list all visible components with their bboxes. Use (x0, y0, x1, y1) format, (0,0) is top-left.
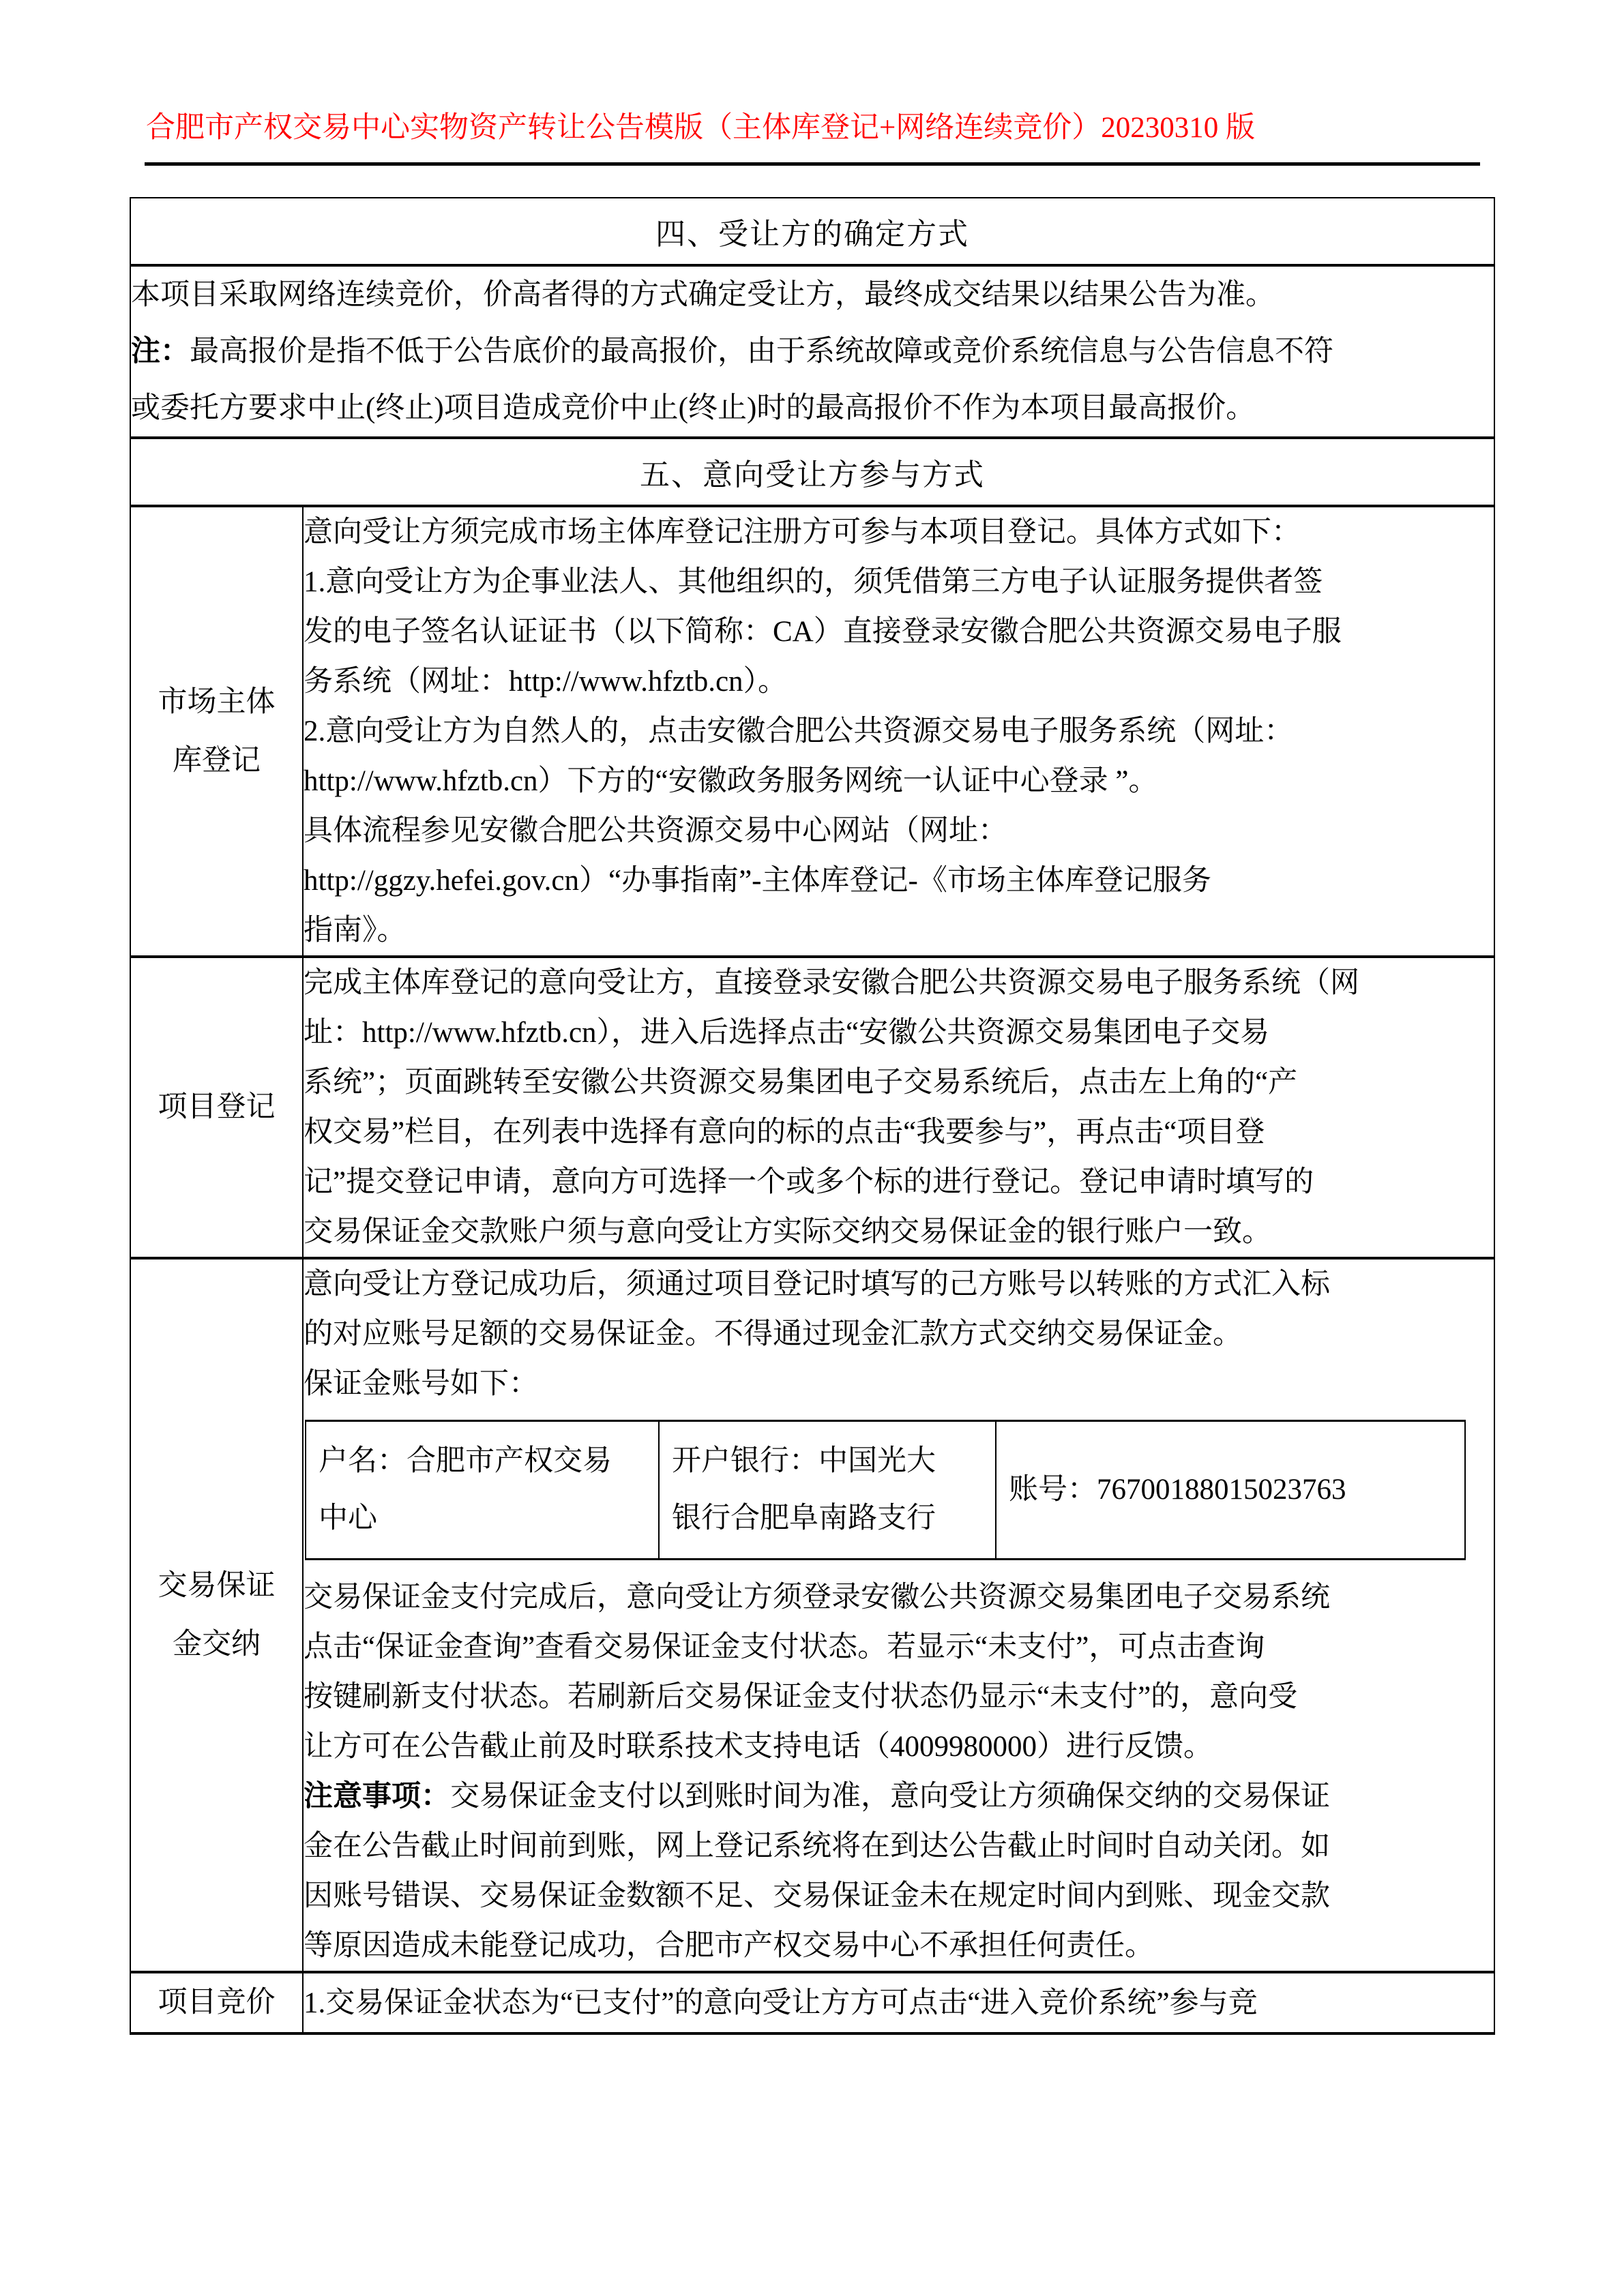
section4-note-line2: 或委托方要求中止(终止)项目造成竞价中止(终止)时的最高报价不作为本项目最高报价… (131, 380, 1494, 436)
text-line: 记”提交登记申请，意向方可选择一个或多个标的进行登记。登记申请时填写的 (304, 1157, 1494, 1207)
document-header-title: 合肥市产权交易中心实物资产转让公告模版（主体库登记+网络连续竞价）2023031… (146, 108, 1255, 149)
bank-name-cell: 开户银行：中国光大银行合肥阜南路支行 (659, 1421, 996, 1560)
table-row-section4-body: 本项目采取网络连续竞价，价高者得的方式确定受让方，最终成交结果以结果公告为准。 … (130, 265, 1494, 438)
text-line: 点击“保证金查询”查看交易保证金支付状态。若显示“未支付”，可点击查询 (304, 1622, 1494, 1672)
table-row-project-registration: 项目登记 完成主体库登记的意向受让方，直接登录安徽合肥公共资源交易电子服务系统（… (130, 957, 1494, 1258)
deposit-para2: 交易保证金支付完成后，意向受让方须登录安徽公共资源交易集团电子交易系统点击“保证… (304, 1572, 1494, 1772)
text-line: 的对应账号足额的交易保证金。不得通过现金汇款方式交纳交易保证金。 (304, 1309, 1494, 1359)
note-label: 注： (131, 336, 190, 368)
section4-line1: 本项目采取网络连续竞价，价高者得的方式确定受让方，最终成交结果以结果公告为准。 (131, 267, 1494, 323)
text-line: 中心 (319, 1490, 649, 1547)
table-row-market-registration: 市场主体库登记 意向受让方须完成市场主体库登记注册方可参与本项目登记。具体方式如… (130, 506, 1494, 957)
bank-table-row: 户名：合肥市产权交易中心 开户银行：中国光大银行合肥阜南路支行 账号：76700… (306, 1421, 1465, 1560)
table-row-section4-heading: 四、受让方的确定方式 (130, 198, 1494, 265)
project-registration-label: 项目登记 (130, 957, 303, 1258)
section5-heading: 五、意向受让方参与方式 (130, 438, 1494, 506)
text-line: 址：http://www.hfztb.cn），进入后选择点击“安徽公共资源交易集… (304, 1008, 1494, 1058)
text-line: 交易保证金交款账户须与意向受让方实际交纳交易保证金的银行账户一致。 (304, 1207, 1494, 1257)
text-line: 金交纳 (131, 1615, 302, 1674)
text-line: 发的电子签名认证证书（以下简称：CA）直接登录安徽合肥公共资源交易电子服 (304, 607, 1494, 657)
section4-heading: 四、受让方的确定方式 (130, 198, 1494, 265)
announcement-table: 四、受让方的确定方式 本项目采取网络连续竞价，价高者得的方式确定受让方，最终成交… (130, 197, 1495, 2035)
text-line: http://www.hfztb.cn）下方的“安徽政务服务网统一认证中心登录 … (304, 756, 1494, 806)
project-bidding-content: 1.交易保证金状态为“已支付”的意向受让方方可点击“进入竞价系统”参与竞 (303, 1972, 1494, 2033)
text-line: http://ggzy.hefei.gov.cn）“办事指南”-主体库登记-《市… (304, 856, 1494, 906)
market-registration-label: 市场主体库登记 (130, 506, 303, 957)
text-line: 等原因造成未能登记成功，合肥市产权交易中心不承担任何责任。 (304, 1921, 1494, 1971)
table-row-deposit: 交易保证金交纳 意向受让方登记成功后，须通过项目登记时填写的己方账号以转账的方式… (130, 1258, 1494, 1972)
text-line: 完成主体库登记的意向受让方，直接登录安徽合肥公共资源交易电子服务系统（网 (304, 958, 1494, 1008)
bank-account-number: 账号：76700188015023763 (1009, 1461, 1455, 1519)
text-line: 保证金账号如下： (304, 1359, 1494, 1409)
text-line: 指南》。 (304, 906, 1494, 955)
text-line: 2.意向受让方为自然人的，点击安徽合肥公共资源交易电子服务系统（网址： (304, 706, 1494, 756)
text-line: 项目竞价 (131, 1973, 302, 2032)
text-line: 意向受让方登记成功后，须通过项目登记时填写的己方账号以转账的方式汇入标 (304, 1259, 1494, 1309)
text-line: 按键刷新支付状态。若刷新后交易保证金支付状态仍显示“未支付”的，意向受 (304, 1672, 1494, 1722)
text-line: 市场主体 (131, 673, 302, 732)
text-line: 交易保证金支付完成后，意向受让方须登录安徽公共资源交易集团电子交易系统 (304, 1572, 1494, 1622)
text-line: 1.交易保证金状态为“已支付”的意向受让方方可点击“进入竞价系统”参与竞 (304, 1978, 1494, 2028)
text-line: 意向受让方须完成市场主体库登记注册方可参与本项目登记。具体方式如下： (304, 507, 1494, 557)
market-registration-content: 意向受让方须完成市场主体库登记注册方可参与本项目登记。具体方式如下：1.意向受让… (303, 506, 1494, 957)
text-line: 开户银行：中国光大 (672, 1433, 986, 1490)
project-bidding-label: 项目竞价 (130, 1972, 303, 2033)
text-line: 户名：合肥市产权交易 (319, 1433, 649, 1490)
text-line: 库登记 (131, 732, 302, 790)
text-line: 金在公告截止时间前到账，网上登记系统将在到达公告截止时间时自动关闭。如 (304, 1821, 1494, 1871)
text-line: 系统”；页面跳转至安徽公共资源交易集团电子交易系统后，点击左上角的“产 (304, 1058, 1494, 1107)
note-text: 最高报价是指不低于公告底价的最高报价，由于系统故障或竞价系统信息与公告信息不符 (190, 336, 1333, 368)
text-line: 交易保证 (131, 1557, 302, 1615)
bank-account-name-cell: 户名：合肥市产权交易中心 (306, 1421, 659, 1560)
deposit-content: 意向受让方登记成功后，须通过项目登记时填写的己方账号以转账的方式汇入标的对应账号… (303, 1258, 1494, 1972)
table-row-section5-heading: 五、意向受让方参与方式 (130, 438, 1494, 506)
text-line: 务系统（网址：http://www.hfztb.cn）。 (304, 657, 1494, 706)
header-rule (145, 162, 1480, 166)
section4-body: 本项目采取网络连续竞价，价高者得的方式确定受让方，最终成交结果以结果公告为准。 … (130, 265, 1494, 438)
notice-text: 交易保证金支付以到账时间为准，意向受让方须确保交纳的交易保证 (450, 1780, 1330, 1813)
text-line: 1.意向受让方为企事业法人、其他组织的，须凭借第三方电子认证服务提供者签 (304, 557, 1494, 607)
bank-account-number-cell: 账号：76700188015023763 (996, 1421, 1465, 1560)
text-line: 让方可在公告截止前及时联系技术支持电话（4009980000）进行反馈。 (304, 1722, 1494, 1772)
document-page: 合肥市产权交易中心实物资产转让公告模版（主体库登记+网络连续竞价）2023031… (0, 0, 1624, 2296)
deposit-para1: 意向受让方登记成功后，须通过项目登记时填写的己方账号以转账的方式汇入标的对应账号… (304, 1259, 1494, 1409)
deposit-bank-table: 户名：合肥市产权交易中心 开户银行：中国光大银行合肥阜南路支行 账号：76700… (305, 1420, 1466, 1560)
text-line: 因账号错误、交易保证金数额不足、交易保证金未在规定时间内到账、现金交款 (304, 1871, 1494, 1921)
deposit-notice-line1: 注意事项：交易保证金支付以到账时间为准，意向受让方须确保交纳的交易保证 (304, 1772, 1494, 1821)
table-row-project-bidding: 项目竞价 1.交易保证金状态为“已支付”的意向受让方方可点击“进入竞价系统”参与… (130, 1972, 1494, 2033)
deposit-notice-rest: 金在公告截止时间前到账，网上登记系统将在到达公告截止时间时自动关闭。如因账号错误… (304, 1821, 1494, 1971)
text-line: 具体流程参见安徽合肥公共资源交易中心网站（网址： (304, 806, 1494, 856)
deposit-label: 交易保证金交纳 (130, 1258, 303, 1972)
text-line: 权交易”栏目，在列表中选择有意向的标的点击“我要参与”，再点击“项目登 (304, 1107, 1494, 1157)
text-line: 银行合肥阜南路支行 (672, 1490, 986, 1547)
text-line: 项目登记 (131, 1078, 302, 1137)
section4-note-line1: 注：最高报价是指不低于公告底价的最高报价，由于系统故障或竞价系统信息与公告信息不… (131, 323, 1494, 380)
project-registration-content: 完成主体库登记的意向受让方，直接登录安徽合肥公共资源交易电子服务系统（网址：ht… (303, 957, 1494, 1258)
notice-label: 注意事项： (304, 1780, 450, 1813)
